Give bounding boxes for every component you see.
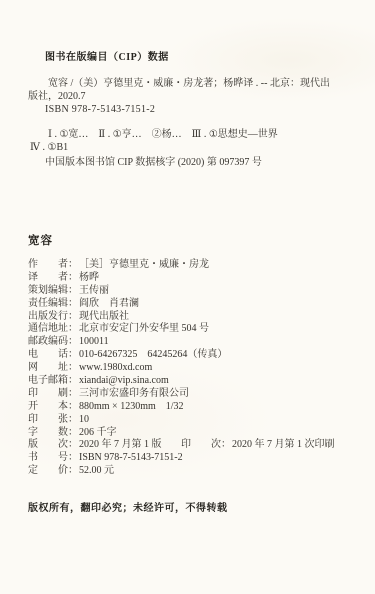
field-label: 译 者： <box>28 272 78 285</box>
field-value: xiandai@vip.sina.com <box>79 375 169 388</box>
colophon-row-phone: 电 话： 010-64267325 64245264（传真） <box>28 349 363 362</box>
colophon-row-translator: 译 者： 杨晔 <box>28 272 363 285</box>
cip-registry-line: 中国版本图书馆 CIP 数据核字 (2020) 第 097397 号 <box>28 156 357 169</box>
book-title: 宽容 <box>28 232 53 248</box>
cip-isbn-line: ISBN 978-7-5143-7151-2 <box>28 103 357 116</box>
cip-section: 图书在版编目（CIP）数据 宽容 /（美）亨德里克・威廉・房龙著；杨晔译 . -… <box>28 51 357 169</box>
field-label: 出版发行： <box>28 311 78 324</box>
field-label: 印 刷： <box>28 388 78 401</box>
field-value: 北京市安定门外安华里 504 号 <box>79 323 209 336</box>
field-value: 王传丽 <box>79 285 109 298</box>
colophon-row-email: 电子邮箱： xiandai@vip.sina.com <box>28 375 363 388</box>
field-value: 2020 年 7 月第 1 次印刷 <box>232 439 335 452</box>
field-label: 书 号： <box>28 452 78 465</box>
cip-record-line2: 版社，2020.7 <box>28 90 357 103</box>
field-label: 电 话： <box>28 349 78 362</box>
field-value: 880mm × 1230mm 1/32 <box>79 401 184 414</box>
field-value: 52.00 元 <box>79 465 114 478</box>
field-label: 定 价： <box>28 465 78 478</box>
cip-record-line1: 宽容 /（美）亨德里克・威廉・房龙著；杨晔译 . -- 北京：现代出 <box>28 77 357 90</box>
colophon-row-sheets: 印 张： 10 <box>28 414 363 427</box>
field-label: 印 张： <box>28 414 78 427</box>
cip-gap <box>28 116 357 128</box>
colophon-row-price: 定 价： 52.00 元 <box>28 465 363 478</box>
colophon-row-publisher: 出版发行： 现代出版社 <box>28 311 363 324</box>
colophon-row-responsible-editor: 责任编辑： 阎欣 肖君澜 <box>28 298 363 311</box>
cip-heading: 图书在版编目（CIP）数据 <box>28 51 357 64</box>
field-value: 现代出版社 <box>79 311 129 324</box>
colophon-row-address: 通信地址： 北京市安定门外安华里 504 号 <box>28 323 363 336</box>
colophon-row-postcode: 邮政编码： 100011 <box>28 336 363 349</box>
field-value: 010-64267325 64245264（传真） <box>79 349 227 362</box>
field-value: 杨晔 <box>79 272 99 285</box>
colophon-row-wordcount: 字 数： 206 千字 <box>28 427 363 440</box>
field-value: 三河市宏盛印务有限公司 <box>79 388 189 401</box>
field-label: 作 者： <box>28 259 78 272</box>
field-value: 阎欣 肖君澜 <box>79 298 139 311</box>
field-value: 206 千字 <box>79 427 117 440</box>
cip-classification-line2: Ⅳ . ①B1 <box>28 141 357 154</box>
field-label: 网 址： <box>28 362 78 375</box>
copyright-notice: 版权所有，翻印必究；未经许可，不得转载 <box>28 499 228 514</box>
field-label: 印 次： <box>181 439 231 452</box>
field-value: www.1980xd.com <box>79 362 152 375</box>
field-label: 版 次： <box>28 439 78 452</box>
field-value: 2020 年 7 月第 1 版 <box>79 439 181 452</box>
field-label: 字 数： <box>28 427 78 440</box>
field-value: ［美］亨德里克・威廉・房龙 <box>79 259 209 272</box>
colophon-row-format: 开 本： 880mm × 1230mm 1/32 <box>28 401 363 414</box>
colophon-row-website: 网 址： www.1980xd.com <box>28 362 363 375</box>
copyright-page: 图书在版编目（CIP）数据 宽容 /（美）亨德里克・威廉・房龙著；杨晔译 . -… <box>0 0 375 594</box>
colophon-row-author: 作 者： ［美］亨德里克・威廉・房龙 <box>28 259 363 272</box>
field-label: 通信地址： <box>28 323 78 336</box>
field-label: 策划编辑： <box>28 285 78 298</box>
colophon-row-printer: 印 刷： 三河市宏盛印务有限公司 <box>28 388 363 401</box>
field-value: ISBN 978-7-5143-7151-2 <box>79 452 183 465</box>
colophon-row-isbn: 书 号： ISBN 978-7-5143-7151-2 <box>28 452 363 465</box>
colophon-row-edition-printing: 版 次： 2020 年 7 月第 1 版 印 次： 2020 年 7 月第 1 … <box>28 439 363 452</box>
field-label: 责任编辑： <box>28 298 78 311</box>
field-label: 邮政编码： <box>28 336 78 349</box>
field-value: 10 <box>79 414 89 427</box>
field-label: 开 本： <box>28 401 78 414</box>
cip-classification-line1: Ⅰ . ①宽… Ⅱ . ①亨… ②杨… Ⅲ . ①思想史—世界 <box>28 128 357 141</box>
field-label: 电子邮箱： <box>28 375 78 388</box>
colophon-row-planning-editor: 策划编辑： 王传丽 <box>28 285 363 298</box>
field-value: 100011 <box>79 336 109 349</box>
colophon-section: 作 者： ［美］亨德里克・威廉・房龙 译 者： 杨晔 策划编辑： 王传丽 责任编… <box>28 259 363 478</box>
